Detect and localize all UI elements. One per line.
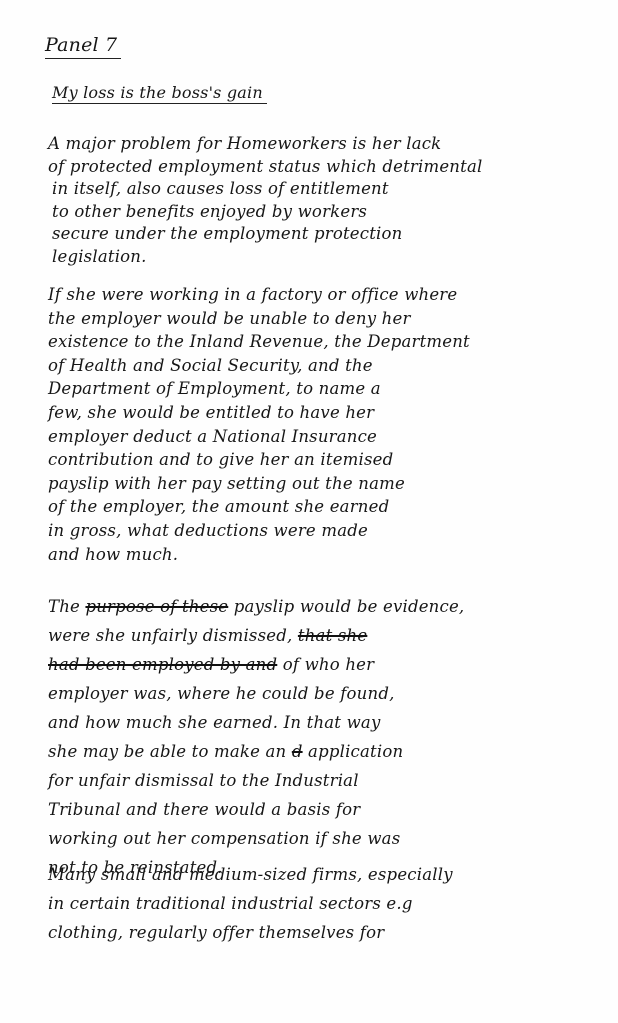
text-line: The purpose of these payslip would be ev… — [48, 592, 578, 621]
text-segment: in certain traditional industrial sector… — [48, 894, 413, 913]
text-segment: payslip with her pay setting out the nam… — [48, 474, 405, 493]
text-segment: existence to the Inland Revenue, the Dep… — [48, 332, 470, 351]
text-segment: were she unfairly dismissed, — [48, 626, 298, 645]
text-segment: application — [303, 742, 404, 761]
text-line: legislation. — [48, 246, 578, 269]
text-line: in gross, what deductions were made — [48, 519, 578, 543]
paragraph-3: The purpose of these payslip would be ev… — [48, 592, 578, 882]
text-line: Tribunal and there would a basis for — [48, 795, 578, 824]
text-segment: working out her compensation if she was — [48, 829, 400, 848]
text-line: for unfair dismissal to the Industrial — [48, 766, 578, 795]
text-line: of Health and Social Security, and the — [48, 354, 578, 378]
struck-out-text: d — [292, 742, 303, 761]
text-line: of protected employment status which det… — [48, 156, 578, 179]
text-segment: secure under the employment protection — [52, 224, 402, 243]
text-segment: employer deduct a National Insurance — [48, 427, 377, 446]
text-line: clothing, regularly offer themselves for — [48, 918, 578, 947]
text-line: were she unfairly dismissed, that she — [48, 621, 578, 650]
text-segment: Many small and medium-sized firms, espec… — [48, 865, 453, 884]
text-line: payslip with her pay setting out the nam… — [48, 472, 578, 496]
text-line: to other benefits enjoyed by workers — [48, 201, 578, 224]
text-segment: of the employer, the amount she earned — [48, 497, 389, 516]
text-segment: legislation. — [52, 247, 147, 266]
text-segment: Tribunal and there would a basis for — [48, 800, 360, 819]
panel-heading: Panel 7 — [45, 34, 121, 59]
text-segment: A major problem for Homeworkers is her l… — [48, 134, 441, 153]
text-segment: Department of Employment, to name a — [48, 379, 381, 398]
handwritten-page: Panel 7 My loss is the boss's gain A maj… — [0, 0, 618, 1023]
text-line: contribution and to give her an itemised — [48, 448, 578, 472]
text-line: Department of Employment, to name a — [48, 377, 578, 401]
text-segment: few, she would be entitled to have her — [48, 403, 374, 422]
text-line: Many small and medium-sized firms, espec… — [48, 860, 578, 889]
text-segment: contribution and to give her an itemised — [48, 450, 393, 469]
text-segment: and how much. — [48, 545, 178, 564]
text-line: few, she would be entitled to have her — [48, 401, 578, 425]
text-line: employer was, where he could be found, — [48, 679, 578, 708]
text-segment: of Health and Social Security, and the — [48, 356, 373, 375]
paragraph-1: A major problem for Homeworkers is her l… — [48, 133, 578, 268]
text-line: in certain traditional industrial sector… — [48, 889, 578, 918]
paragraph-2: If she were working in a factory or offi… — [48, 283, 578, 566]
text-line: in itself, also causes loss of entitleme… — [48, 178, 578, 201]
text-segment: in itself, also causes loss of entitleme… — [52, 179, 389, 198]
text-segment: the employer would be unable to deny her — [48, 309, 411, 328]
text-segment: of protected employment status which det… — [48, 157, 482, 176]
text-line: of the employer, the amount she earned — [48, 495, 578, 519]
struck-out-text: had been employed by and — [48, 655, 277, 674]
text-line: she may be able to make an d application — [48, 737, 578, 766]
text-line: and how much. — [48, 543, 578, 567]
text-segment: clothing, regularly offer themselves for — [48, 923, 384, 942]
struck-out-text: purpose of these — [85, 597, 228, 616]
text-segment: she may be able to make an — [48, 742, 292, 761]
text-line: existence to the Inland Revenue, the Dep… — [48, 330, 578, 354]
struck-out-text: that she — [298, 626, 367, 645]
text-line: and how much she earned. In that way — [48, 708, 578, 737]
panel-subtitle: My loss is the boss's gain — [52, 83, 267, 104]
text-line: secure under the employment protection — [48, 223, 578, 246]
text-segment: If she were working in a factory or offi… — [48, 285, 457, 304]
text-segment: The — [48, 597, 85, 616]
text-segment: and how much she earned. In that way — [48, 713, 380, 732]
text-segment: of who her — [277, 655, 374, 674]
text-line: If she were working in a factory or offi… — [48, 283, 578, 307]
text-segment: payslip would be evidence, — [228, 597, 464, 616]
text-line: had been employed by and of who her — [48, 650, 578, 679]
paragraph-4: Many small and medium-sized firms, espec… — [48, 860, 578, 947]
text-segment: for unfair dismissal to the Industrial — [48, 771, 359, 790]
text-line: A major problem for Homeworkers is her l… — [48, 133, 578, 156]
text-line: employer deduct a National Insurance — [48, 425, 578, 449]
text-segment: in gross, what deductions were made — [48, 521, 368, 540]
text-line: working out her compensation if she was — [48, 824, 578, 853]
text-line: the employer would be unable to deny her — [48, 307, 578, 331]
text-segment: to other benefits enjoyed by workers — [52, 202, 367, 221]
text-segment: employer was, where he could be found, — [48, 684, 395, 703]
